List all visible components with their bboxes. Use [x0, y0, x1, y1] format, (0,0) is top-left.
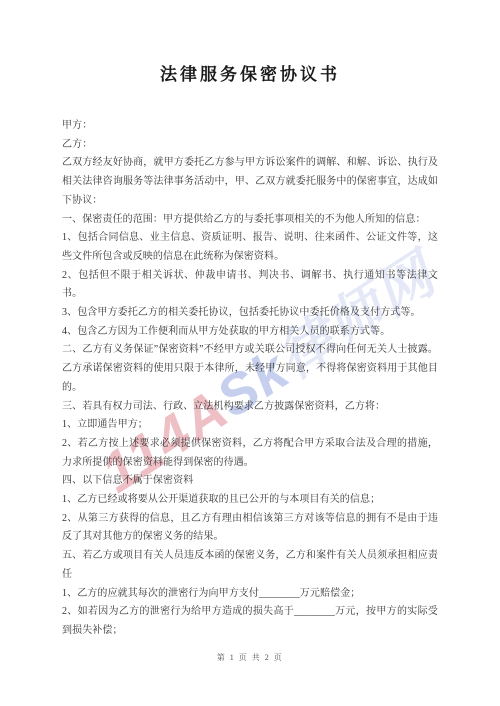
paragraph: 一、保密责任的范围：甲方提供给乙方的与委托事项相关的不为他人所知的信息： — [62, 211, 438, 230]
paragraph: 2、包括但不限于相关诉状、仲裁申请书、判决书、调解书、执行通知书等法律文书。 — [62, 267, 438, 304]
document-content: 法律服务保密协议书 甲方： 乙方： 乙双方经友好协商，就甲方委托乙方参与甲方诉讼… — [62, 60, 438, 641]
paragraph: 1、包括合同信息、业主信息、资质证明、报告、说明、往来函件、公证文件等，这些文件… — [62, 229, 438, 266]
paragraph: 1、乙方的应就其每次的泄密行为向甲方支付________万元赔偿金； — [62, 585, 438, 604]
paragraph: 3、包含甲方委托乙方的相关委托协议，包括委托协议中委托价格及支付方式等。 — [62, 304, 438, 323]
paragraph: 1、立即通告甲方； — [62, 416, 438, 435]
paragraph: 四、以下信息不属于保密资料 — [62, 472, 438, 491]
paragraph: 乙双方经友好协商，就甲方委托乙方参与甲方诉讼案件的调解、和解、诉讼、执行及相关法… — [62, 154, 438, 210]
document-title: 法律服务保密协议书 — [62, 60, 438, 85]
paragraph: 2、从第三方获得的信息，且乙方有理由相信该第三方对该等信息的拥有不是由于违反了其… — [62, 510, 438, 547]
paragraph: 三、若具有权力司法、行政、立法机构要求乙方披露保密资料，乙方将： — [62, 398, 438, 417]
party-a-line: 甲方： — [62, 117, 438, 136]
paragraphs-container: 乙双方经友好协商，就甲方委托乙方参与甲方诉讼案件的调解、和解、诉讼、执行及相关法… — [62, 154, 438, 640]
paragraph: 五、若乙方或项目有关人员违反本函的保密义务，乙方和案件有关人员须承担相应责任 — [62, 547, 438, 584]
document-body: 甲方： 乙方： 乙双方经友好协商，就甲方委托乙方参与甲方诉讼案件的调解、和解、诉… — [62, 117, 438, 641]
document-page: 114ASk律师网 法律服务保密协议书 甲方： 乙方： 乙双方经友好协商，就甲方… — [0, 0, 500, 706]
party-b-line: 乙方： — [62, 136, 438, 155]
paragraph: 1、乙方已经或将要从公开渠道获取的且已公开的与本项目有关的信息； — [62, 491, 438, 510]
page-number: 第 1 页 共 2 页 — [0, 652, 500, 663]
paragraph: 2、若乙方按上述要求必须提供保密资料，乙方将配合甲方采取合法及合理的措施，力求所… — [62, 435, 438, 472]
paragraph: 二、乙方有义务保证”保密资料”不经甲方或关联公司授权不得向任何无关人士披露。乙方… — [62, 341, 438, 397]
paragraph: 4、包含乙方因为工作便利而从甲方处获取的甲方相关人员的联系方式等。 — [62, 323, 438, 342]
paragraph: 2、如若因为乙方的泄密行为给甲方造成的损失高于________万元，按甲方的实际… — [62, 603, 438, 640]
